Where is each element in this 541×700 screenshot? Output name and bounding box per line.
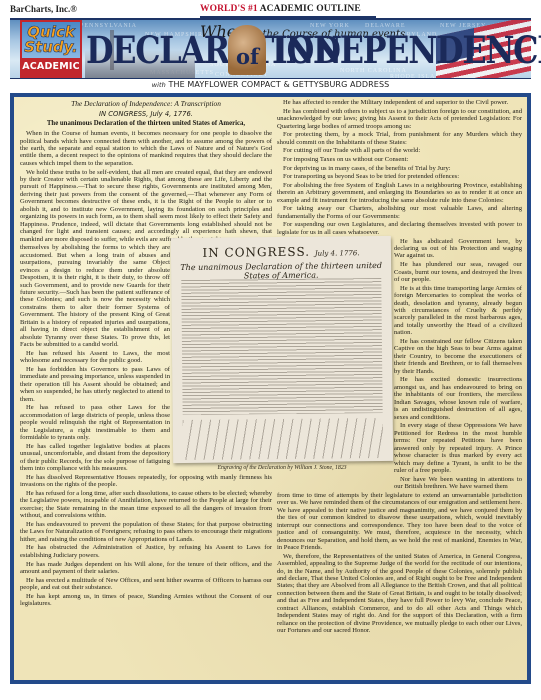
paragraph: He has refused his Assent to Laws, the m… — [20, 350, 170, 365]
paragraph: He has dissolved Representative Houses r… — [20, 474, 272, 489]
paragraph: He has refused to pass other Laws for th… — [20, 404, 170, 441]
subtitle: with THE MAYFLOWER COMPACT & GETTYSBURG … — [10, 80, 531, 89]
transcription-title: The Declaration of Independence: A Trans… — [20, 99, 272, 108]
paragraph: He has affected to render the Military i… — [277, 99, 522, 106]
top-bar: BarCharts, Inc.® WORLD'S #1 ACADEMIC OUT… — [0, 0, 541, 18]
paragraph: We hold these truths to be self-evident,… — [20, 169, 272, 244]
right-narrow-block: He has abdicated Government here, by dec… — [394, 238, 522, 491]
declaration-engraving-image: IN CONGRESS. July 4. 1776. The unanimous… — [171, 236, 393, 463]
paragraph: He has erected a multitude of New Office… — [20, 577, 272, 592]
left-narrow-block: themselves by abolishing the forms to wh… — [20, 244, 170, 472]
paragraph: In every stage of these Oppressions We h… — [394, 422, 522, 474]
paragraph: For suspending our own Legislatures, and… — [277, 221, 522, 236]
paragraph: For taking away our Charters, abolishing… — [277, 205, 522, 220]
tagline: WORLD'S #1 ACADEMIC OUTLINE — [200, 4, 361, 14]
engraving-signatures — [183, 418, 383, 460]
paragraph: He has forbidden his Governors to pass L… — [20, 366, 170, 403]
title-of: of — [236, 44, 259, 69]
paragraph: Nor have We been wanting in attentions t… — [394, 476, 522, 491]
paragraph: For protecting them, by a mock Trial, fr… — [277, 131, 522, 146]
paragraph: He has constrained our fellow Citizens t… — [394, 338, 522, 375]
title-independence: INDEPENDENCE — [272, 28, 541, 72]
paragraph: He has called together legislative bodie… — [20, 443, 170, 473]
in-congress-date: IN CONGRESS, July 4, 1776. — [20, 109, 272, 119]
paragraph: He has refused for a long time, after su… — [20, 490, 272, 520]
document-panel: The Declaration of Independence: A Trans… — [10, 93, 531, 684]
paragraph: He has obstructed the Administration of … — [20, 544, 272, 559]
publisher-name: BarCharts, Inc.® — [10, 4, 77, 14]
paragraph: He has abdicated Government here, by dec… — [394, 238, 522, 260]
tagline-rest: ACADEMIC OUTLINE — [258, 4, 361, 14]
paragraph: themselves by abolishing the forms to wh… — [20, 244, 170, 348]
paragraph: He has combined with others to subject u… — [277, 108, 522, 130]
paragraph: He has endeavoured to prevent the popula… — [20, 521, 272, 543]
paragraph: We, therefore, the Representatives of th… — [277, 553, 522, 635]
paragraph: For abolishing the free System of Englis… — [277, 182, 522, 204]
declaration-heading: The unanimous Declaration of the thirtee… — [20, 120, 272, 129]
paragraph: For cutting off our Trade with all parts… — [277, 147, 522, 154]
paragraph: He is at this time transporting large Ar… — [394, 285, 522, 337]
paragraph: He has excited domestic insurrections am… — [394, 376, 522, 421]
engraving-header: IN CONGRESS. July 4. 1776. — [171, 244, 391, 260]
quickstudy-logo: Quick Study. ACADEMIC — [20, 20, 82, 78]
logo-study: Study. — [22, 40, 80, 55]
paragraph: When in the Course of human events, it b… — [20, 130, 272, 167]
paragraph: He has plundered our seas, ravaged our C… — [394, 261, 522, 283]
paragraph: He has made Judges dependent on his Will… — [20, 561, 272, 576]
logo-academic-badge: ACADEMIC — [22, 58, 80, 76]
paragraph: He has kept among us, in times of peace,… — [20, 593, 272, 608]
tagline-highlight: WORLD'S #1 — [200, 4, 258, 14]
paragraph: For transporting us beyond Seas to be tr… — [277, 173, 522, 180]
engraving-text-block — [181, 278, 382, 415]
engraving-caption: Engraving of the Declaration by William … — [172, 465, 392, 471]
paragraph: For imposing Taxes on us without our Con… — [277, 156, 522, 163]
paragraph: For depriving us in many cases, of the b… — [277, 165, 522, 172]
paragraph: from time to time of attempts by their l… — [277, 492, 522, 552]
